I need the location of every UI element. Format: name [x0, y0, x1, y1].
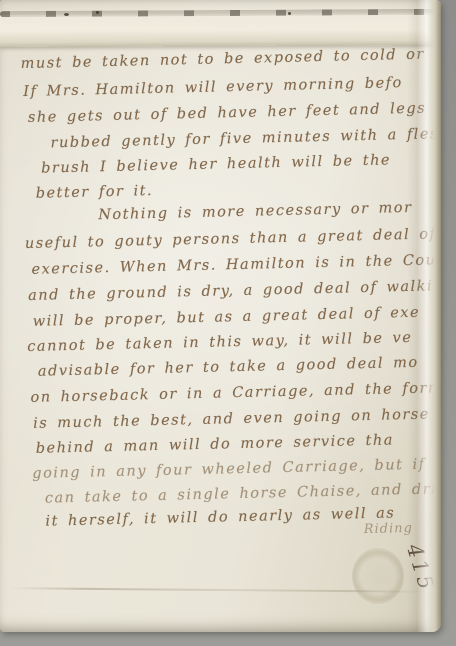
manuscript-line: exercise. When Mrs. Hamilton is in the C… [31, 252, 436, 278]
manuscript-line: brush I believe her health will be the [41, 152, 391, 176]
manuscript-line: advisable for her to take a good deal mo [38, 355, 419, 380]
manuscript-line: will be proper, but as a great deal of e… [33, 305, 421, 330]
catchword: Riding [364, 521, 413, 537]
manuscript-line: cannot be taken in this way, it will be … [27, 330, 412, 355]
page-right-curl [407, 0, 441, 632]
manuscript-line: better for it. [36, 183, 154, 202]
manuscript-line: Nothing is more necessary or mor [98, 200, 413, 223]
manuscript-line: is much the best, and even going on hors… [33, 407, 430, 432]
handwritten-text-block: must be taken not to be exposed to cold … [19, 0, 441, 580]
manuscript-line: must be taken not to be exposed to cold … [20, 45, 441, 72]
manuscript-line: rubbed gently for five minutes with a fl… [50, 126, 441, 151]
manuscript-page: must be taken not to be exposed to cold … [0, 0, 441, 632]
manuscript-line: going in any four wheeled Carriage, but … [32, 456, 441, 482]
manuscript-line: can take to a single horse Chaise, and d… [45, 481, 438, 506]
seal-stain [352, 548, 404, 604]
manuscript-line: behind a man will do more service tha [36, 432, 395, 456]
manuscript-line: it herself, it will do nearly as well as [45, 505, 395, 529]
manuscript-line: she gets out of bed have her feet and le… [28, 101, 427, 126]
manuscript-line: on horseback or in a Carriage, and the f… [30, 380, 441, 406]
manuscript-line: If Mrs. Hamilton will every morning befo [23, 75, 403, 100]
manuscript-line: useful to gouty persons than a great dea… [25, 226, 437, 252]
photo-backdrop: must be taken not to be exposed to cold … [0, 0, 456, 646]
manuscript-line: and the ground is dry, a good deal of wa… [28, 278, 441, 304]
